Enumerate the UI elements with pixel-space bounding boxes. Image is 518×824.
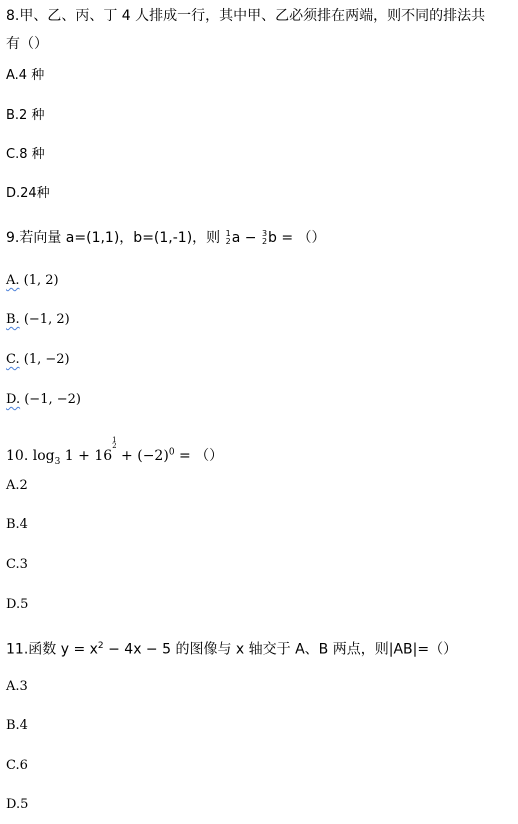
q9-fraction-1: 12: [226, 230, 231, 246]
q8-option-b: B.2 种: [6, 106, 44, 126]
q9-option-a: A. (1, 2): [6, 271, 59, 291]
q9-fraction-2: 32: [262, 230, 267, 246]
q8-stem-line2: 有（）: [6, 34, 48, 54]
q10-stem: 10. log3 1 + 1612 + (−2)0 = （）: [6, 437, 223, 472]
q10-option-c: C.3: [6, 555, 28, 575]
q11-option-d: D.5: [6, 795, 28, 815]
q11-stem: 11.函数 y = x2 − 4x − 5 的图像与 x 轴交于 A、B 两点，…: [6, 636, 457, 660]
q8-stem-line1: 8.甲、乙、丙、丁 4 人排成一行，其中甲、乙必须排在两端，则不同的排法共: [6, 6, 485, 26]
q9-option-b: B. (−1, 2): [6, 310, 70, 330]
q9-option-c: C. (1, −2): [6, 350, 70, 370]
q8-option-c: C.8 种: [6, 145, 45, 165]
q10-option-d: D.5: [6, 595, 28, 615]
q11-option-c: C.6: [6, 756, 28, 776]
q10-option-b: B.4: [6, 515, 28, 535]
q8-option-d: D.24种: [6, 184, 50, 204]
q11-option-a: A.3: [6, 677, 28, 697]
q11-option-b: B.4: [6, 716, 28, 736]
q8-option-a: A.4 种: [6, 66, 44, 86]
q9-stem: 9.若向量 a=(1,1)，b=(1,-1)，则 12a − 32b = （）: [6, 228, 326, 248]
q9-prefix: 9.若向量 a=(1,1)，b=(1,-1)，则: [6, 230, 220, 246]
q10-option-a: A.2: [6, 476, 28, 496]
q9-option-d: D. (−1, −2): [6, 390, 81, 410]
